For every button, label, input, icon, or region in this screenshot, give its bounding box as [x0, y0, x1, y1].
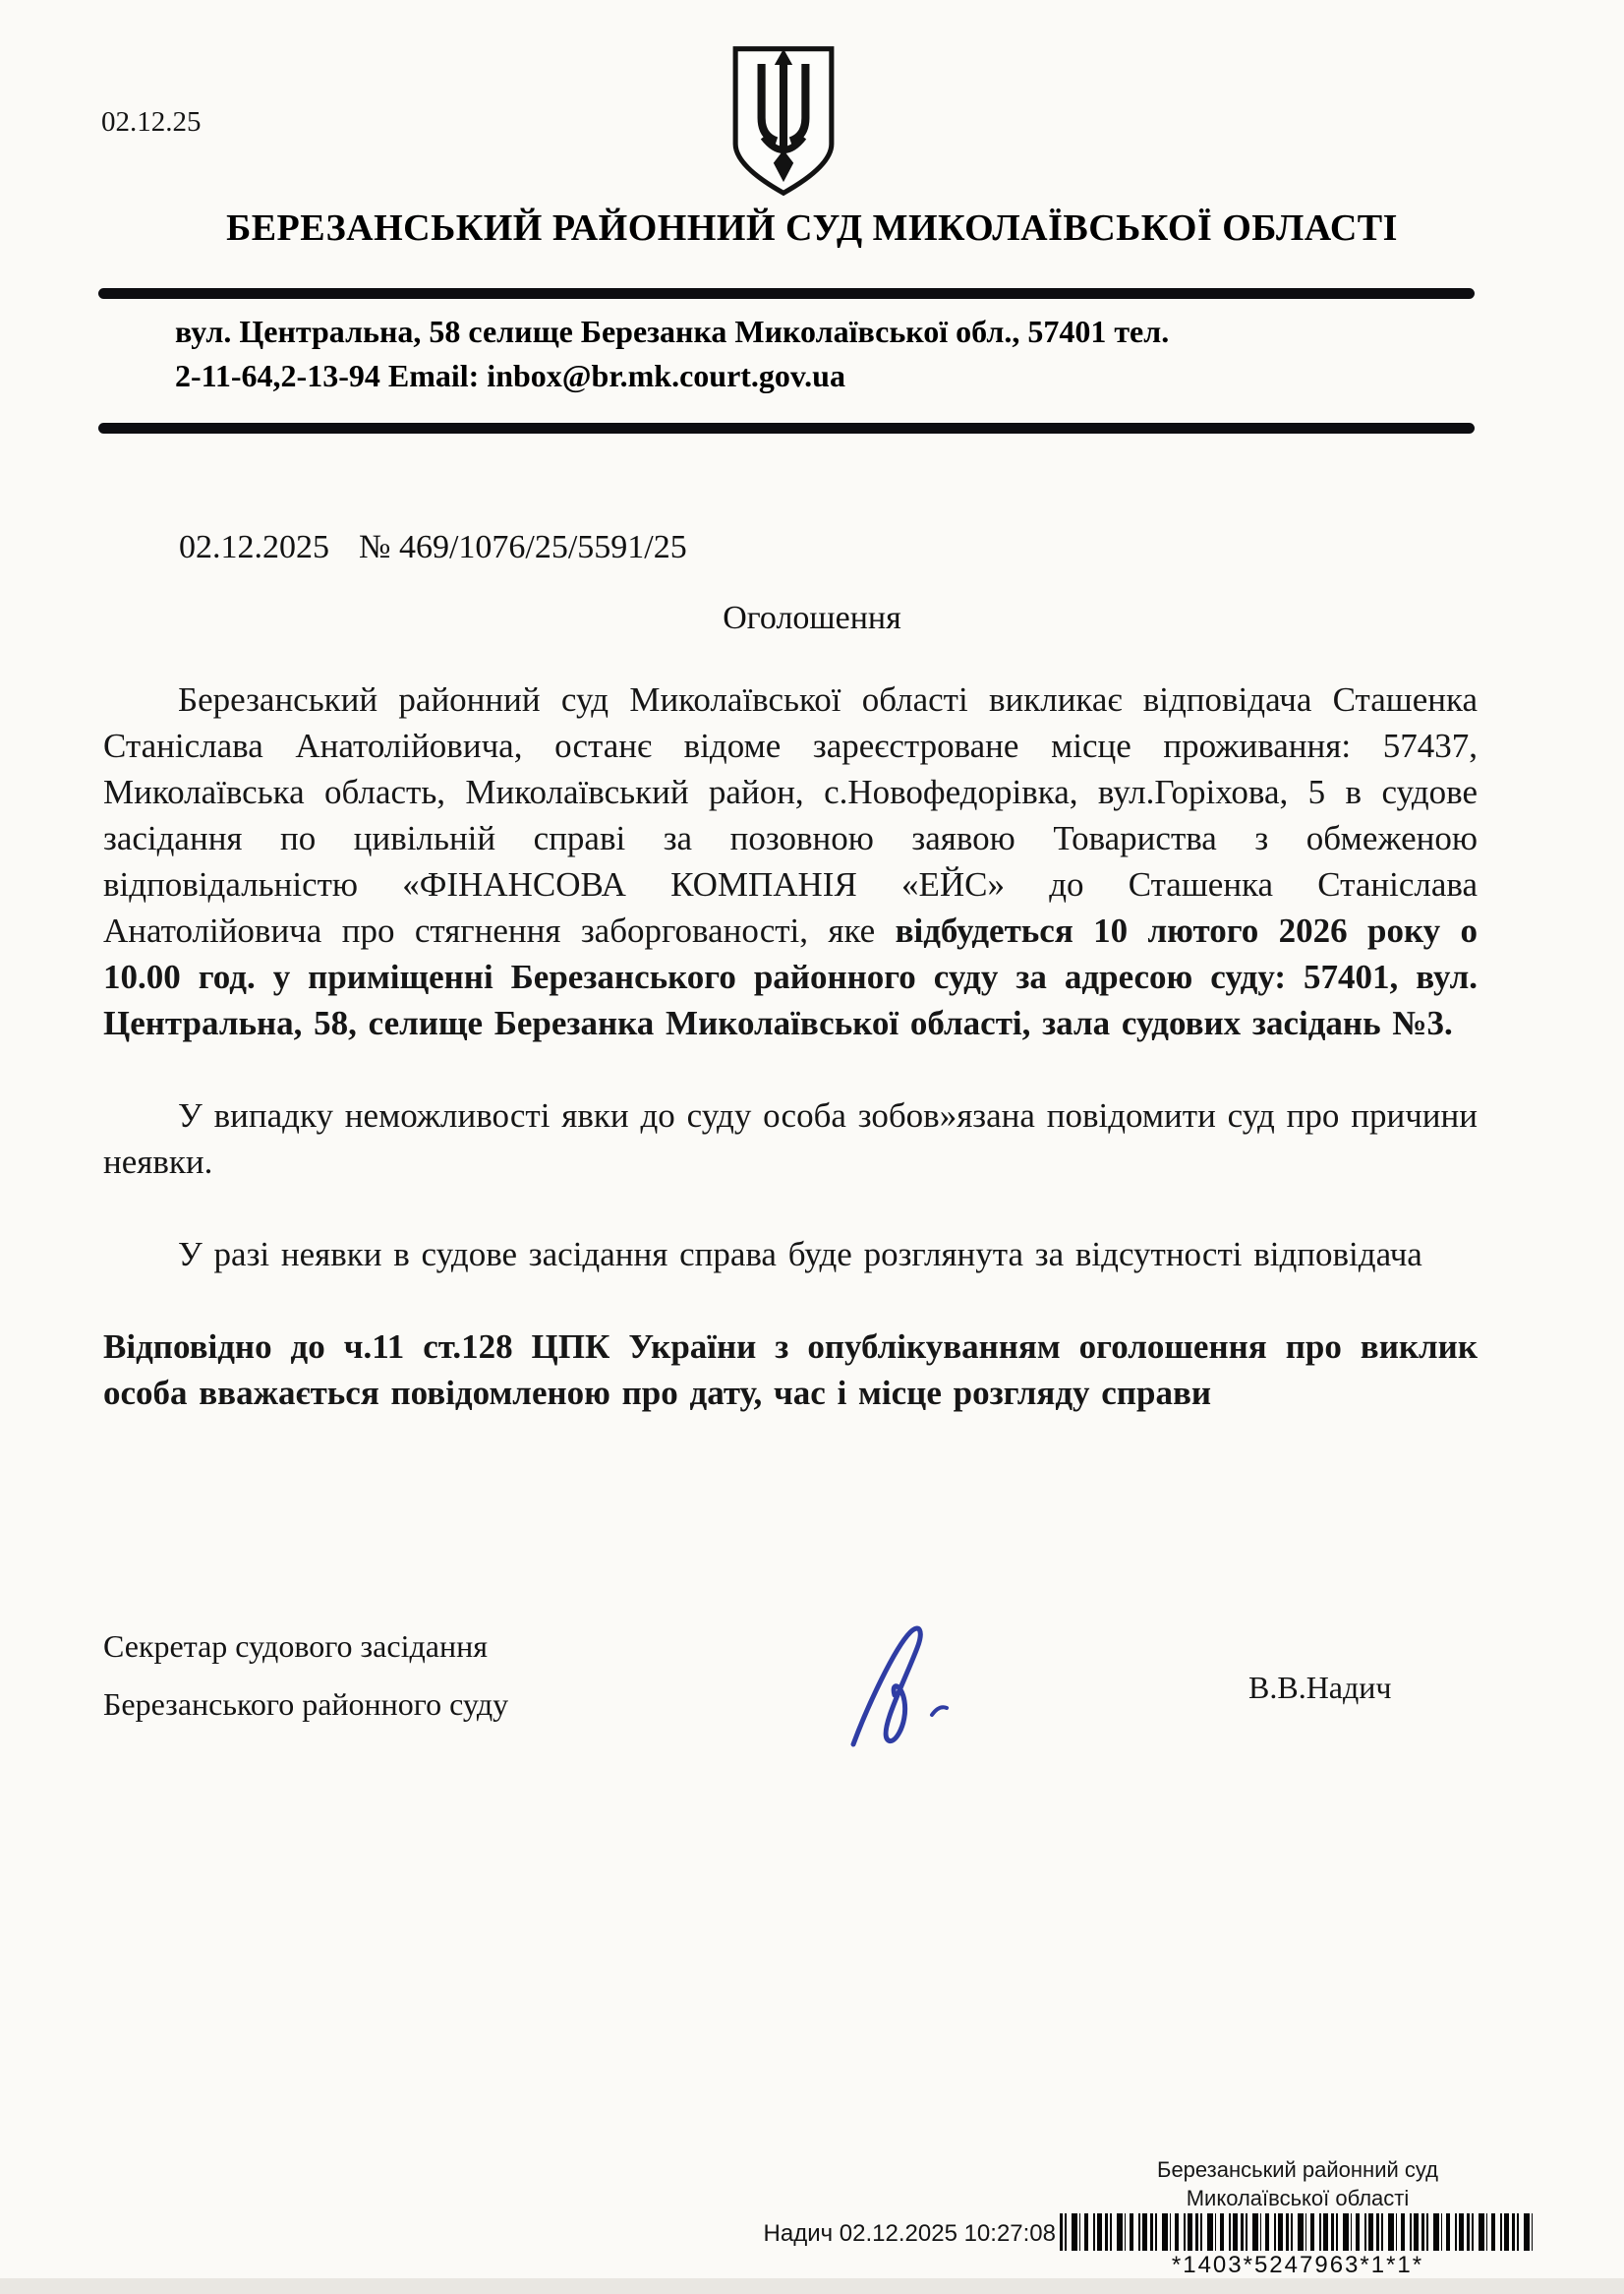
handwritten-signature: [838, 1620, 965, 1758]
document-title: Оголошення: [0, 600, 1624, 637]
divider-bottom: [98, 423, 1475, 434]
paragraph-summons: Березанський районний суд Миколаївської …: [103, 676, 1478, 1046]
divider-top: [98, 288, 1475, 299]
court-address-block: вул. Центральна, 58 селище Березанка Мик…: [175, 310, 1492, 398]
address-line-1: вул. Центральна, 58 селище Березанка Мик…: [175, 310, 1492, 354]
stamp-court-name: Березанський районний суд Миколаївської …: [1060, 2155, 1536, 2212]
secretary-name: В.В.Надич: [1248, 1670, 1392, 1706]
document-date: 02.12.2025: [179, 529, 329, 565]
paragraph-summons-text: Березанський районний суд Миколаївської …: [103, 680, 1478, 950]
signature-role-line-1: Секретар судового засідання: [103, 1618, 508, 1676]
barcode-text: *1403*5247963*1*1*: [1060, 2252, 1536, 2279]
document-body: Березанський районний суд Миколаївської …: [103, 676, 1478, 1462]
stamp-court-line-1: Березанський районний суд: [1060, 2155, 1536, 2184]
stamp-court-line-2: Миколаївської області: [1060, 2184, 1536, 2212]
signature-role-block: Секретар судового засідання Березанськог…: [103, 1618, 508, 1734]
paragraph-legal-basis: Відповідно до ч.11 ст.128 ЦПК України з …: [103, 1323, 1478, 1416]
paragraph-notify-court: У випадку неможливості явки до суду особ…: [103, 1092, 1478, 1185]
scan-date-note: 02.12.25: [101, 106, 202, 139]
ukraine-coat-of-arms-icon: [727, 43, 840, 199]
court-name-heading: БЕРЕЗАНСЬКИЙ РАЙОННИЙ СУД МИКОЛАЇВСЬКОЇ …: [0, 206, 1624, 250]
paragraph-in-absentia: У разі неявки в судове засідання справа …: [103, 1231, 1478, 1277]
address-line-2: 2-11-64,2-13-94 Email: inbox@br.mk.court…: [175, 354, 1492, 398]
barcode: [1060, 2213, 1536, 2251]
document-date-number-line: 02.12.2025№ 469/1076/25/5591/25: [179, 529, 687, 566]
document-case-number: № 469/1076/25/5591/25: [359, 529, 687, 565]
scan-edge-artifact: [0, 2278, 1624, 2294]
signature-role-line-2: Березанського районного суду: [103, 1676, 508, 1734]
stamp-signer-datetime: Надич 02.12.2025 10:27:08: [600, 2220, 1056, 2248]
scanned-court-announcement: 02.12.25 БЕРЕЗАНСЬКИЙ РАЙОННИЙ СУД МИКОЛ…: [0, 0, 1624, 2294]
